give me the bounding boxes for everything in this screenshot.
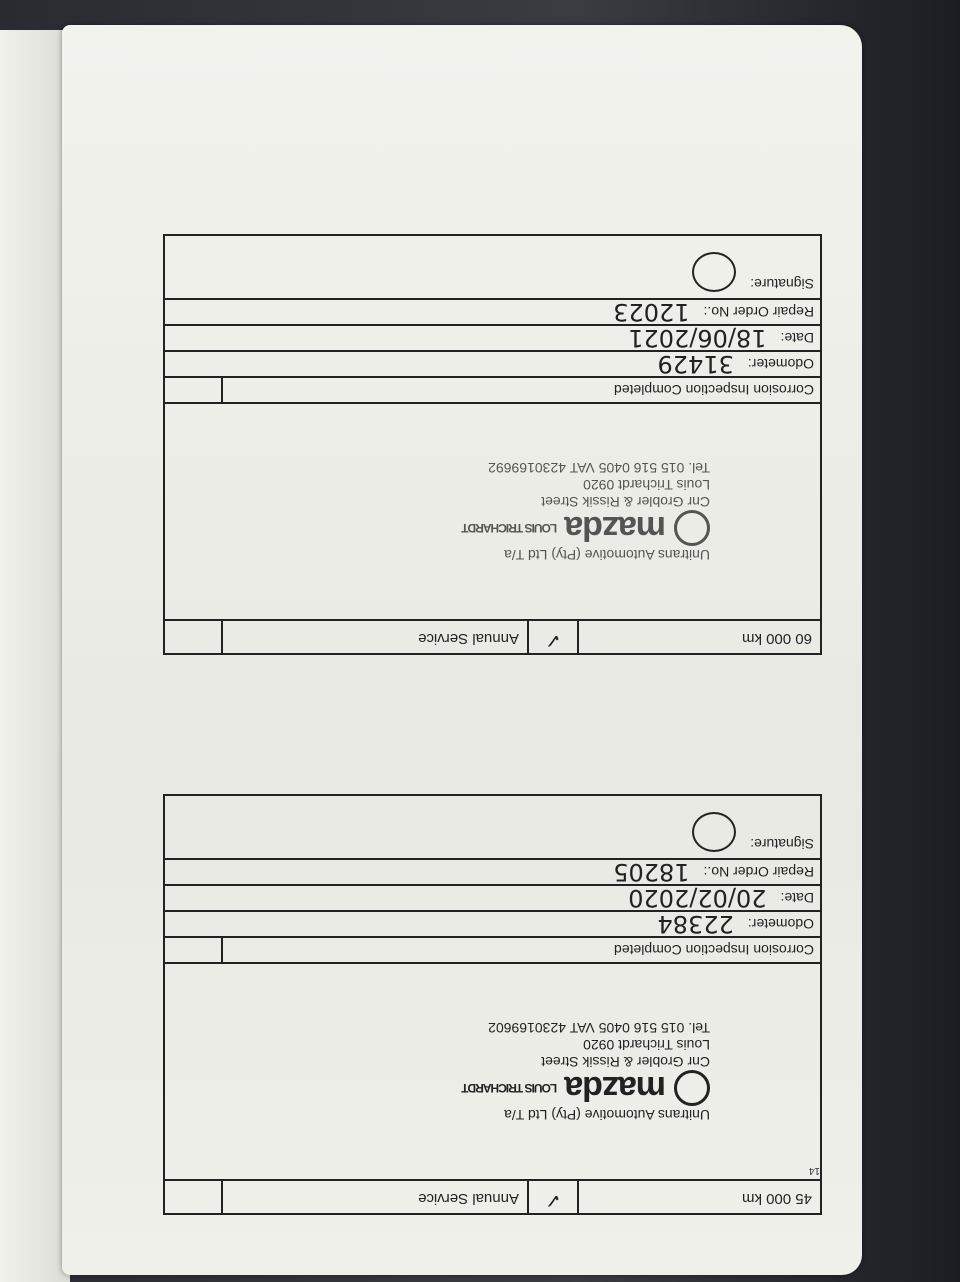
odometer-value: 31429 <box>658 350 734 378</box>
page-content-rotated: 14 45 000 km ✓ Annual Service Unitrans A… <box>62 25 862 1275</box>
date-value: 20/02/2020 <box>628 884 766 912</box>
corrosion-label: Corrosion Inspection Completed <box>223 382 820 398</box>
corrosion-checkbox <box>165 938 223 962</box>
service-interval: 60 000 km <box>577 621 820 653</box>
service-type: Annual Service <box>221 1181 527 1213</box>
check-mark-icon: ✓ <box>527 1181 577 1213</box>
service-card-60000: 60 000 km ✓ Annual Service Unitrans Auto… <box>163 234 822 655</box>
mazda-logo-icon <box>674 511 710 547</box>
odometer-value: 22384 <box>658 910 734 938</box>
repair-order-value: 18205 <box>613 858 689 886</box>
facing-page <box>0 30 70 1282</box>
service-book-page: 14 45 000 km ✓ Annual Service Unitrans A… <box>62 25 862 1275</box>
date-value: 18/06/2021 <box>628 324 766 352</box>
check-mark-icon: ✓ <box>527 621 577 653</box>
corrosion-checkbox <box>165 378 223 402</box>
signature-mark <box>692 252 736 292</box>
dealer-stamp: Unitrans Automotive (Pty) Ltd T/a mazdaL… <box>165 964 820 1179</box>
repair-order-value: 12023 <box>613 298 689 326</box>
mazda-logo-icon <box>674 1071 710 1107</box>
signature-mark <box>692 812 736 852</box>
service-card-45000: 45 000 km ✓ Annual Service Unitrans Auto… <box>163 794 822 1215</box>
dealer-stamp: Unitrans Automotive (Pty) Ltd T/a mazdaL… <box>165 404 820 619</box>
corrosion-label: Corrosion Inspection Completed <box>223 942 820 958</box>
service-type: Annual Service <box>221 621 527 653</box>
service-interval: 45 000 km <box>577 1181 820 1213</box>
